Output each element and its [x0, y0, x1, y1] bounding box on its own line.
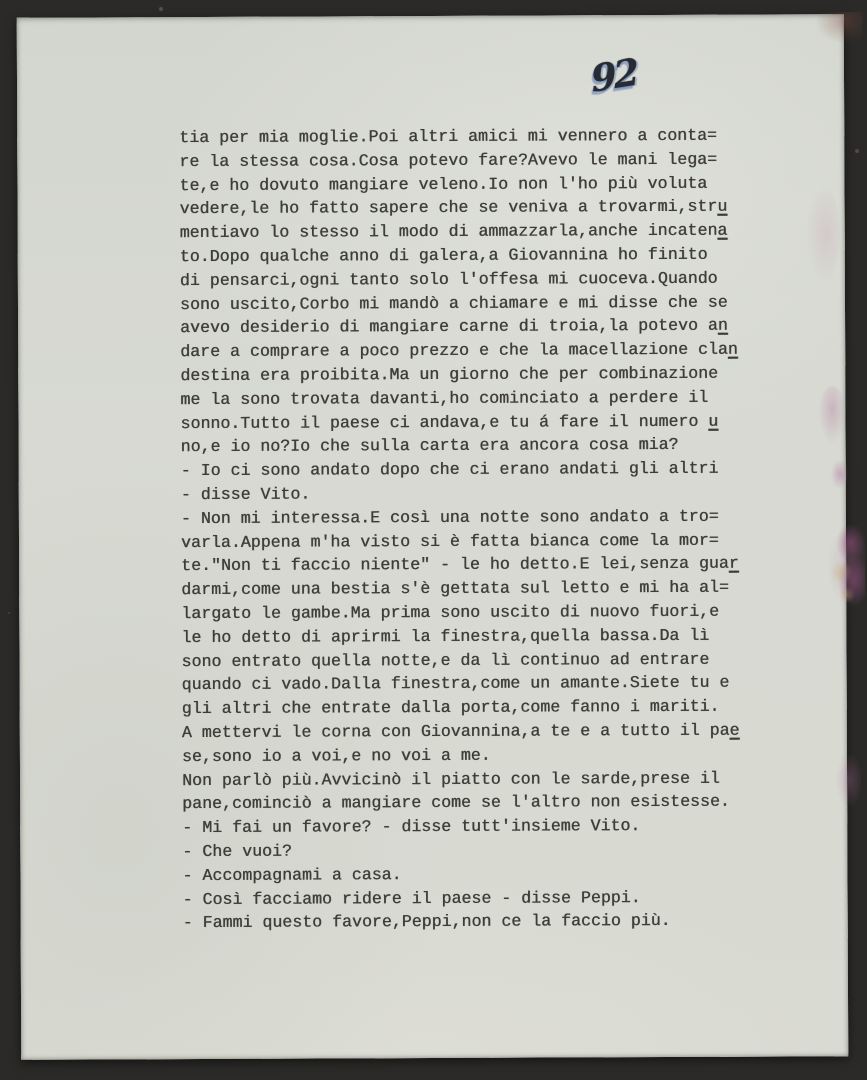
typewritten-line: di pensarci,ogni tanto solo l'offesa mi … — [180, 266, 780, 292]
manuscript-page: 92 tia per mia moglie.Poi altri amici mi… — [17, 14, 849, 1060]
typewritten-line: vedere,le ho fatto sapere che se veniva … — [180, 195, 780, 221]
typewritten-line: mentiavo lo stesso il modo di ammazzarla… — [180, 219, 780, 245]
typewritten-line: - Accompagnami a casa. — [182, 861, 782, 887]
typewritten-line: - Fammi questo favore,Peppi,non ce la fa… — [183, 909, 783, 935]
ink-stain — [835, 752, 861, 808]
typewritten-line: A mettervi le corna con Giovannina,a te … — [182, 718, 782, 744]
typewritten-line: varla.Appena m'ha visto si è fatta bianc… — [181, 528, 781, 554]
typewritten-line: to.Dopo qualche anno di galera,a Giovann… — [180, 242, 780, 268]
typewritten-line: no,e io no?Io che sulla carta era ancora… — [181, 433, 781, 459]
underlined-continuation-letter: r — [729, 554, 739, 573]
ink-stain — [805, 184, 839, 284]
corner-smudge-stain — [817, 12, 863, 42]
typewritten-line: - disse Vito. — [181, 480, 781, 506]
typewritten-line: te,e ho dovuto mangiare veleno.Io non l'… — [179, 171, 779, 197]
typewritten-line: le ho detto di aprirmi la finestra,quell… — [181, 623, 781, 649]
typewritten-line: tia per mia moglie.Poi altri amici mi ve… — [179, 123, 779, 149]
typewritten-line: - Che vuoi? — [182, 837, 782, 863]
typewritten-line: darmi,come una bestia s'è gettata sul le… — [181, 576, 781, 602]
underlined-continuation-letter: u — [708, 411, 718, 430]
typewritten-line: gli altri che entrate dalla porta,come f… — [182, 695, 782, 721]
typewritten-line: - Mi fai un favore? - disse tutt'insieme… — [182, 814, 782, 840]
typewritten-line: dare a comprare a poco prezzo e che la m… — [180, 338, 780, 364]
typewritten-line: - Io ci sono andato dopo che ci erano an… — [181, 457, 781, 483]
typewritten-line: Non parlò più.Avvicinò il piatto con le … — [182, 766, 782, 792]
typewritten-line: - Non mi interessa.E così una notte sono… — [181, 504, 781, 530]
typewritten-line: re la stessa cosa.Cosa potevo fare?Avevo… — [179, 147, 779, 173]
typewritten-text-block: tia per mia moglie.Poi altri amici mi ve… — [179, 123, 783, 935]
ink-stain — [821, 512, 865, 622]
ink-stain — [831, 459, 849, 489]
typewritten-line: pane,cominciò a mangiare come se l'altro… — [182, 790, 782, 816]
underlined-continuation-letter: u — [717, 197, 727, 216]
typewritten-line: sono entrato quella notte,e da lì contin… — [181, 647, 781, 673]
typewritten-line: me la sono trovata davanti,ho cominciato… — [180, 385, 780, 411]
typewritten-line: quando ci vado.Dalla finestra,come un am… — [182, 671, 782, 697]
underlined-continuation-letter: e — [729, 721, 739, 740]
handwritten-page-number: 92 — [590, 54, 638, 98]
underlined-continuation-letter: n — [718, 316, 728, 335]
underlined-continuation-letter: a — [717, 221, 727, 240]
typewritten-line: sonno.Tutto il paese ci andava,e tu á fa… — [180, 409, 780, 435]
typewritten-line: sono uscito,Corbo mi mandò a chiamare e … — [180, 290, 780, 316]
typewritten-line: se,sono io a voi,e no voi a me. — [182, 742, 782, 768]
underlined-continuation-letter: n — [728, 340, 738, 359]
typewritten-line: destina era proibita.Ma un giorno che pe… — [180, 361, 780, 387]
ink-stain — [818, 386, 846, 444]
typewritten-line: te."Non ti faccio niente" - le ho detto.… — [181, 552, 781, 578]
typewritten-line: largato le gambe.Ma prima sono uscito di… — [181, 599, 781, 625]
typewritten-line: avevo desiderio di mangiare carne di tro… — [180, 314, 780, 340]
dust-specks — [0, 0, 2, 2]
typewritten-line: - Così facciamo ridere il paese - disse … — [183, 885, 783, 911]
